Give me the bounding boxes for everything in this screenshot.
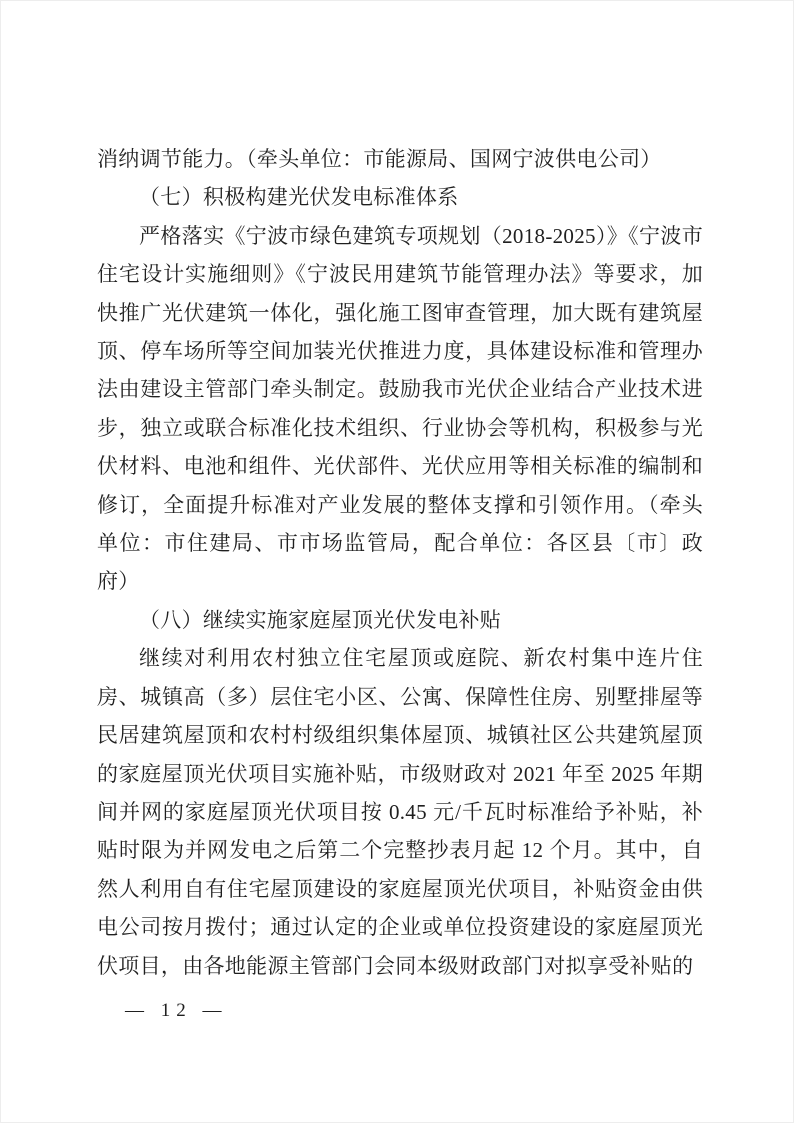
paragraph-section-7: 严格落实《宁波市绿色建筑专项规划（2018-2025）》《宁波市住宅设计实施细则…: [97, 217, 703, 601]
paragraph-section-8: 继续对利用农村独立住宅屋顶或庭院、新农村集中连片住房、城镇高（多）层住宅小区、公…: [97, 639, 703, 985]
document-body: 消纳调节能力。（牵头单位：市能源局、国网宁波供电公司） （七）积极构建光伏发电标…: [97, 140, 703, 985]
paragraph-continuation: 消纳调节能力。（牵头单位：市能源局、国网宁波供电公司）: [97, 140, 703, 178]
section-heading-7: （七）积极构建光伏发电标准体系: [97, 178, 703, 216]
document-page: 消纳调节能力。（牵头单位：市能源局、国网宁波供电公司） （七）积极构建光伏发电标…: [0, 0, 794, 1123]
section-heading-8: （八）继续实施家庭屋顶光伏发电补贴: [97, 601, 703, 639]
page-number: — 12 —: [125, 1000, 228, 1022]
